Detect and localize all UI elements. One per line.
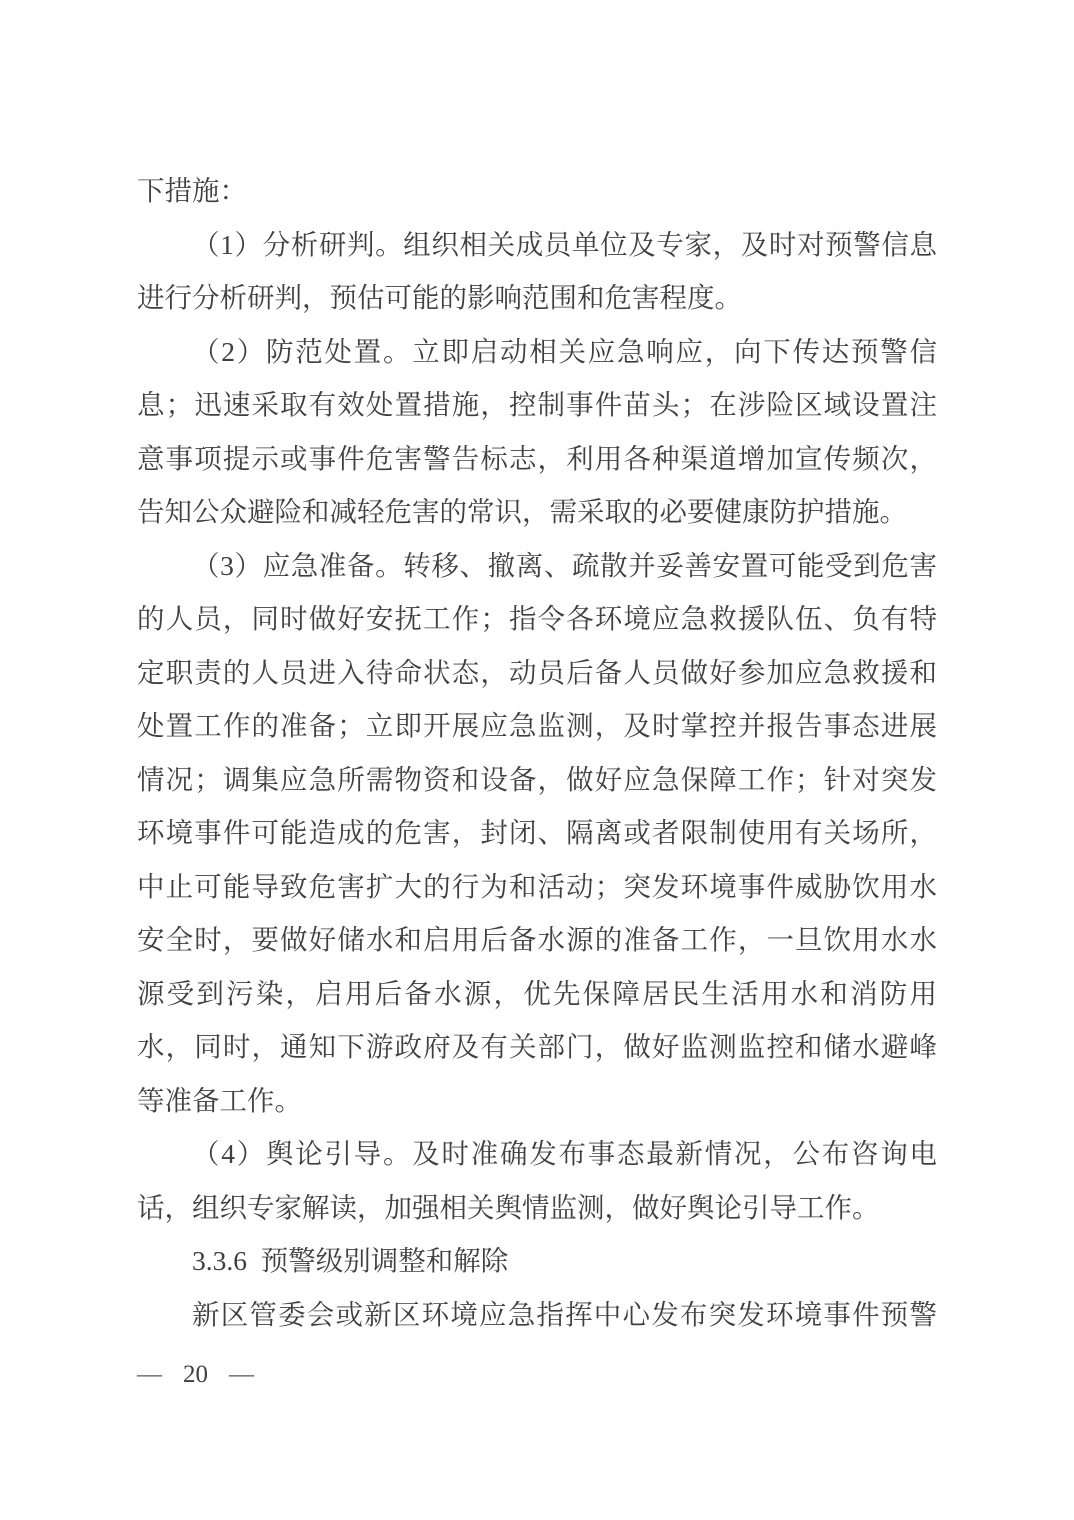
- text-line: 话，组织专家解读，加强相关舆情监测，做好舆论引导工作。: [137, 1181, 937, 1235]
- text-line: （2）防范处置。立即启动相关应急响应，向下传达预警信: [137, 325, 937, 379]
- text-line: 环境事件可能造成的危害，封闭、隔离或者限制使用有关场所，: [137, 806, 937, 860]
- footer-right-dash: —: [229, 1360, 254, 1390]
- text-line: 进行分析研判，预估可能的影响范围和危害程度。: [137, 271, 937, 325]
- text-line: 的人员，同时做好安抚工作；指令各环境应急救援队伍、负有特: [137, 592, 937, 646]
- section-heading: 3.3.6 预警级别调整和解除: [137, 1234, 937, 1288]
- text-line: 处置工作的准备；立即开展应急监测，及时掌控并报告事态进展: [137, 699, 937, 753]
- text-line: 定职责的人员进入待命状态，动员后备人员做好参加应急救援和: [137, 646, 937, 700]
- footer-left-dash: —: [137, 1360, 162, 1390]
- text-line: （3）应急准备。转移、撤离、疏散并妥善安置可能受到危害: [137, 539, 937, 593]
- text-line: 告知公众避险和减轻危害的常识，需采取的必要健康防护措施。: [137, 485, 937, 539]
- text-line: 息；迅速采取有效处置措施，控制事件苗头；在涉险区域设置注: [137, 378, 937, 432]
- text-line: 下措施：: [137, 164, 937, 218]
- text-line: 水，同时，通知下游政府及有关部门，做好监测监控和储水避峰: [137, 1020, 937, 1074]
- page-number: 20: [183, 1360, 208, 1390]
- text-line: （1）分析研判。组织相关成员单位及专家，及时对预警信息: [137, 218, 937, 272]
- text-line: 安全时，要做好储水和启用后备水源的准备工作，一旦饮用水水: [137, 913, 937, 967]
- page-footer: — 20 —: [137, 1360, 254, 1390]
- document-body: 下措施：（1）分析研判。组织相关成员单位及专家，及时对预警信息进行分析研判，预估…: [137, 164, 937, 1341]
- text-line: 等准备工作。: [137, 1074, 937, 1128]
- document-page: 下措施：（1）分析研判。组织相关成员单位及专家，及时对预警信息进行分析研判，预估…: [0, 0, 1074, 1520]
- text-line: 意事项提示或事件危害警告标志，利用各种渠道增加宣传频次，: [137, 432, 937, 486]
- text-line: 源受到污染，启用后备水源，优先保障居民生活用水和消防用: [137, 967, 937, 1021]
- text-line: 情况；调集应急所需物资和设备，做好应急保障工作；针对突发: [137, 753, 937, 807]
- text-line: 新区管委会或新区环境应急指挥中心发布突发环境事件预警: [137, 1288, 937, 1342]
- text-line: （4）舆论引导。及时准确发布事态最新情况，公布咨询电: [137, 1127, 937, 1181]
- text-line: 中止可能导致危害扩大的行为和活动；突发环境事件威胁饮用水: [137, 860, 937, 914]
